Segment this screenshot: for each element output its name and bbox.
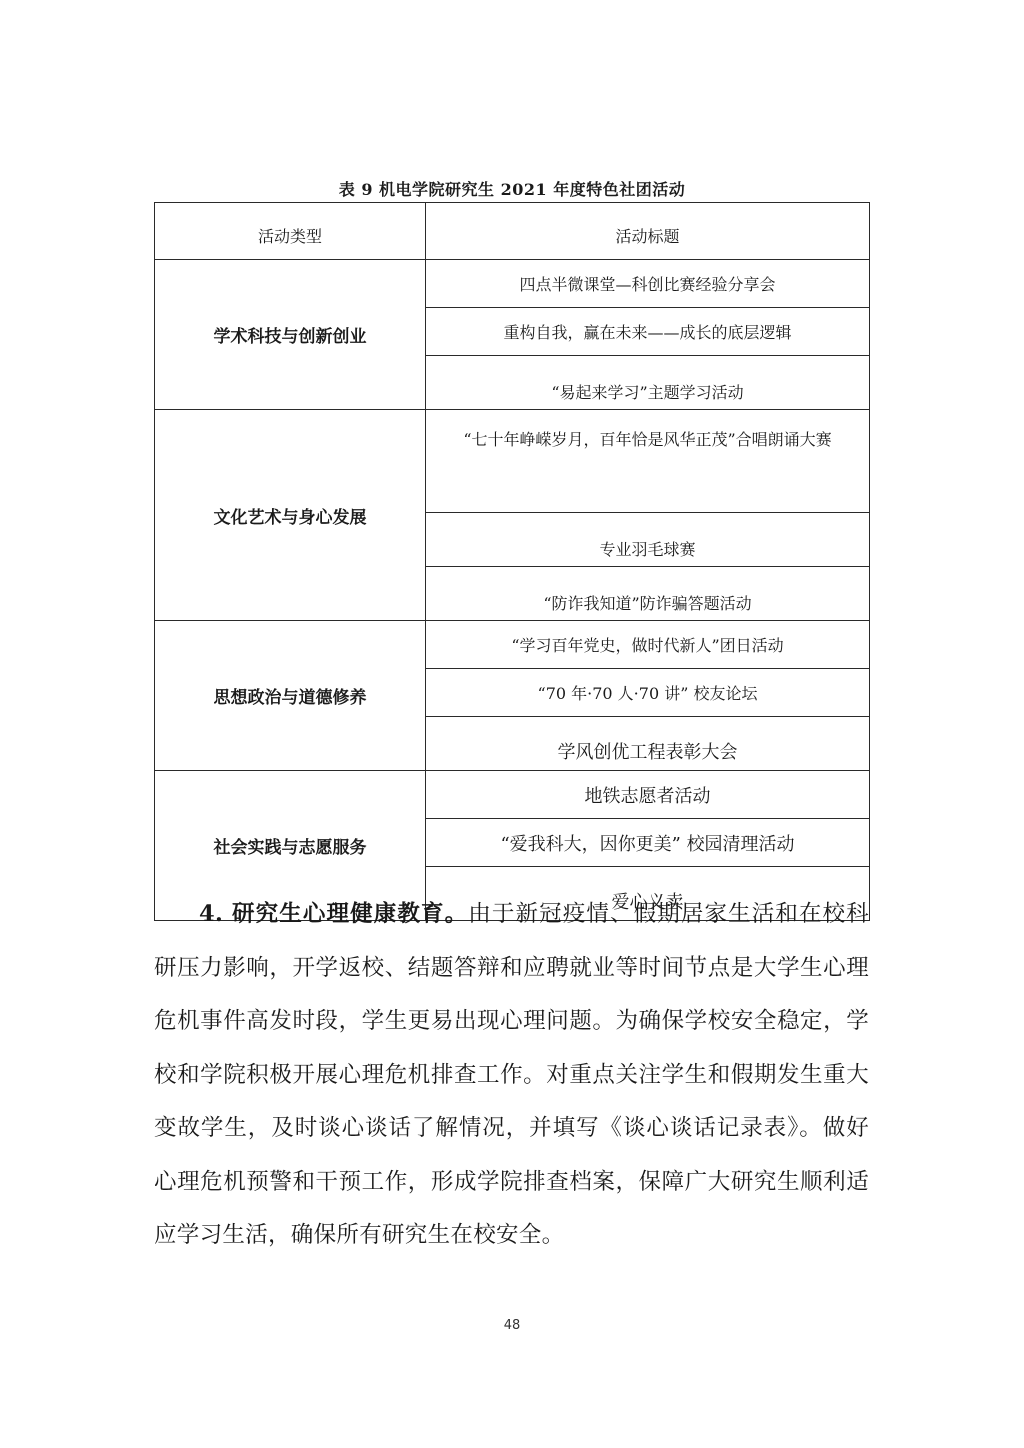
- section-heading: 4. 研究生心理健康教育。: [199, 901, 468, 927]
- activity-cell: “学习百年党史，做时代新人”团日活动: [426, 621, 870, 669]
- activity-cell: 专业羽毛球赛: [426, 513, 870, 567]
- table-row: 社会实践与志愿服务 地铁志愿者活动: [155, 771, 870, 819]
- table-row: 思想政治与道德修养 “学习百年党史，做时代新人”团日活动: [155, 621, 870, 669]
- header-activity-type: 活动类型: [155, 203, 426, 260]
- activity-cell: “易起来学习”主题学习活动: [426, 356, 870, 410]
- activity-cell: 学风创优工程表彰大会: [426, 717, 870, 771]
- activity-cell: 地铁志愿者活动: [426, 771, 870, 819]
- activities-table: 活动类型 活动标题 学术科技与创新创业 四点半微课堂—科创比赛经验分享会 重构自…: [154, 202, 870, 921]
- activity-cell: “爱我科大，因你更美” 校园清理活动: [426, 819, 870, 867]
- page-number: 48: [0, 1318, 1024, 1333]
- header-activity-title: 活动标题: [426, 203, 870, 260]
- table-caption: 表 9 机电学院研究生 2021 年度特色社团活动: [0, 177, 1024, 200]
- category-cell: 文化艺术与身心发展: [155, 410, 426, 621]
- category-cell: 学术科技与创新创业: [155, 260, 426, 410]
- activity-cell: “70 年·70 人·70 讲” 校友论坛: [426, 669, 870, 717]
- table-header-row: 活动类型 活动标题: [155, 203, 870, 260]
- section-paragraph: 4. 研究生心理健康教育。由于新冠疫情、假期居家生活和在校科研压力影响，开学返校…: [154, 888, 869, 1263]
- activity-cell: “防诈我知道”防诈骗答题活动: [426, 567, 870, 621]
- activity-cell: 重构自我，赢在未来——成长的底层逻辑: [426, 308, 870, 356]
- table-row: 学术科技与创新创业 四点半微课堂—科创比赛经验分享会: [155, 260, 870, 308]
- section-body: 由于新冠疫情、假期居家生活和在校科研压力影响，开学返校、结题答辩和应聘就业等时间…: [154, 901, 869, 1248]
- category-cell: 思想政治与道德修养: [155, 621, 426, 771]
- activity-cell: “七十年峥嵘岁月，百年恰是风华正茂”合唱朗诵大赛: [426, 410, 870, 513]
- table-row: 文化艺术与身心发展 “七十年峥嵘岁月，百年恰是风华正茂”合唱朗诵大赛: [155, 410, 870, 513]
- activity-cell: 四点半微课堂—科创比赛经验分享会: [426, 260, 870, 308]
